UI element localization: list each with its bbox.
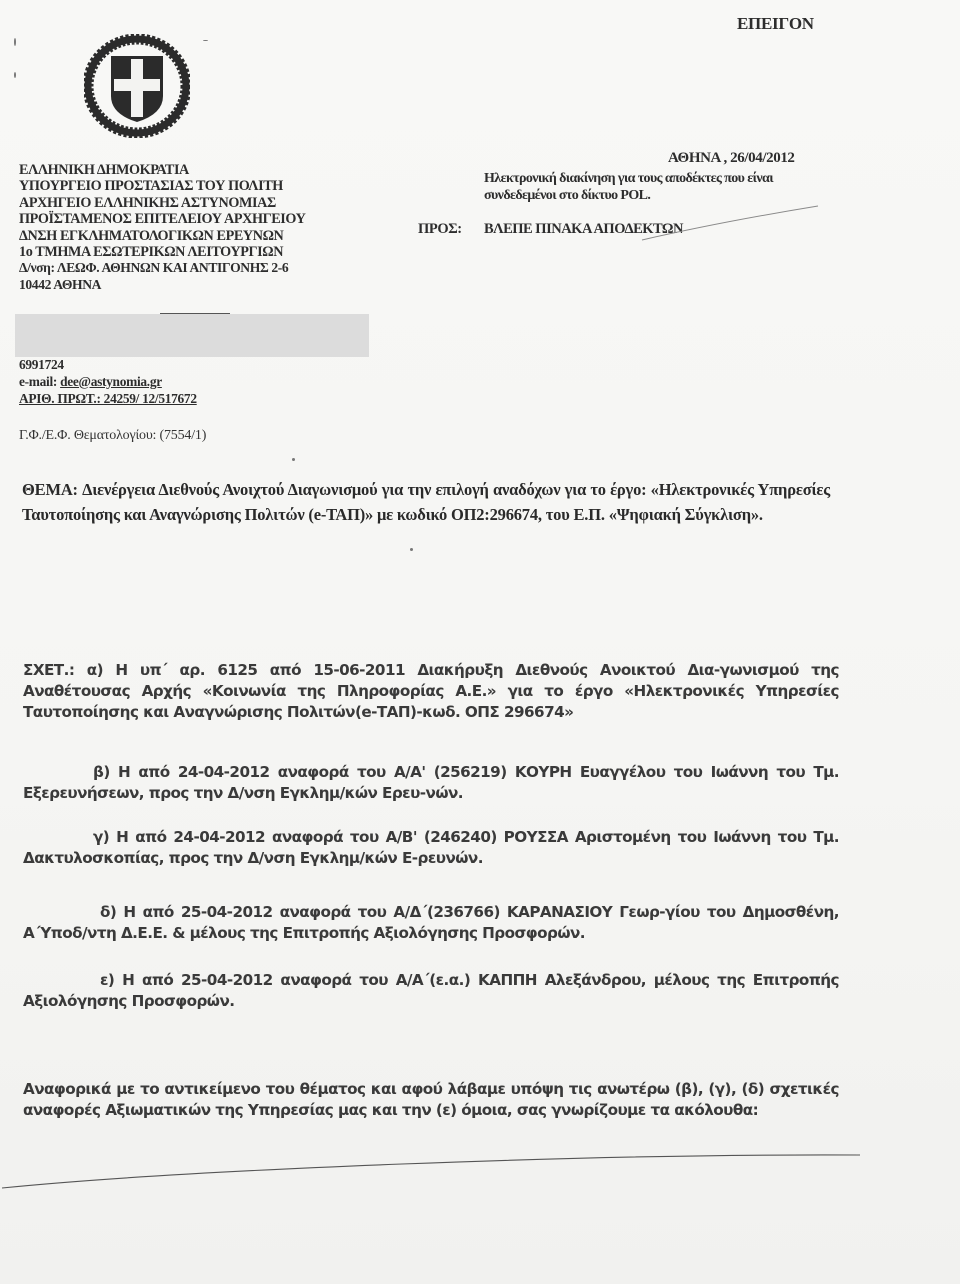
reference-item-d: δ) Η από 25-04-2012 αναφορά του Α/Δ΄(236… [23, 902, 839, 944]
pen-stroke-mark [640, 204, 820, 244]
scan-speck [14, 72, 16, 78]
thematologio-reference: Γ.Φ./Ε.Φ. Θεματολογίου: (7554/1) [19, 428, 206, 444]
email-line: e-mail: dee@astynomia.gr [19, 374, 197, 391]
coat-of-arms-seal-icon [84, 34, 190, 138]
contact-block: 6991724 e-mail: dee@astynomia.gr ΑΡΙΘ. Π… [19, 357, 197, 407]
reference-item-a: ΣΧΕΤ.: α) Η υπ΄ αρ. 6125 από 15-06-2011 … [23, 660, 839, 723]
reference-item-b: β) Η από 24-04-2012 αναφορά του Α/Α' (25… [23, 762, 839, 804]
header-line: ΑΡΧΗΓΕΙΟ ΕΛΛΗΝΙΚΗΣ ΑΣΤΥΝΟΜΙΑΣ [19, 195, 306, 211]
reference-prefix: ε) [100, 971, 114, 989]
protocol-number: ΑΡΙΘ. ΠΡΩΤ.: 24259/ 12/517672 [19, 391, 197, 408]
header-line: ΠΡΟΪΣΤΑΜΕΝΟΣ ΕΠΙΤΕΛΕΙΟΥ ΑΡΧΗΓΕΙΟΥ [19, 211, 306, 227]
address-line: Δ/νση: ΛΕΩΦ. ΑΘΗΝΩΝ ΚΑΙ ΑΝΤΙΓΟΝΗΣ 2-6 [19, 260, 306, 276]
email-label: e-mail: [19, 374, 60, 389]
header-line: 1ο ΤΜΗΜΑ ΕΣΩΤΕΡΙΚΩΝ ΛΕΙΤΟΥΡΓΙΩΝ [19, 244, 306, 260]
header-line: ΥΠΟΥΡΓΕΙΟ ΠΡΟΣΤΑΣΙΑΣ ΤΟΥ ΠΟΛΙΤΗ [19, 178, 306, 194]
reference-text: Η από 24-04-2012 αναφορά του Α/Α' (25621… [23, 763, 839, 802]
reference-text: Η υπ΄ αρ. 6125 από 15-06-2011 Διακήρυξη … [23, 661, 839, 721]
reference-item-e: ε) Η από 25-04-2012 αναφορά του Α/Α΄(ε.α… [23, 970, 839, 1012]
scan-speck [410, 548, 413, 551]
closing-paragraph: Αναφορικά με το αντικείμενο του θέματος … [23, 1079, 839, 1121]
recipient-label: ΠΡΟΣ: [418, 221, 462, 238]
subject-label: ΘΕΜΑ: [22, 480, 78, 499]
phone-fragment: 6991724 [19, 357, 197, 374]
redacted-block [15, 314, 369, 357]
classification-stamp: ΕΠΕΙΓΟΝ [737, 14, 814, 34]
horizontal-rule [2, 1152, 862, 1192]
subject-block: ΘΕΜΑ: Διενέργεια Διεθνούς Ανοιχτού Διαγω… [22, 478, 830, 527]
header-line: ΕΛΛΗΝΙΚΗ ΔΗΜΟΚΡΑΤΙΑ [19, 162, 306, 178]
scan-speck [203, 40, 208, 41]
email-link[interactable]: dee@astynomia.gr [60, 374, 162, 389]
electronic-distribution-note: Ηλεκτρονική διακίνηση για τους αποδέκτες… [484, 170, 824, 204]
reference-prefix: β) [93, 763, 110, 781]
reference-text: Η από 24-04-2012 αναφορά του Α/Β' (24624… [23, 828, 839, 867]
place-date: ΑΘΗΝΑ , 26/04/2012 [668, 150, 795, 167]
issuing-authority-header: ΕΛΛΗΝΙΚΗ ΔΗΜΟΚΡΑΤΙΑ ΥΠΟΥΡΓΕΙΟ ΠΡΟΣΤΑΣΙΑΣ… [19, 162, 306, 293]
reference-prefix: γ) [93, 828, 109, 846]
reference-item-c: γ) Η από 24-04-2012 αναφορά του Α/Β' (24… [23, 827, 839, 869]
reference-text: Η από 25-04-2012 αναφορά του Α/Α΄(ε.α.) … [23, 971, 839, 1010]
scanned-document-page: ΕΠΕΙΓΟΝ ΕΛΛΗΝΙΚΗ ΔΗΜΟΚΡΑΤΙΑ ΥΠΟΥΡΓΕΙΟ ΠΡ… [0, 0, 960, 1284]
header-line: ΔΝΣΗ ΕΓΚΛΗΜΑΤΟΛΟΓΙΚΩΝ ΕΡΕΥΝΩΝ [19, 228, 306, 244]
reference-prefix: δ) [100, 903, 116, 921]
reference-text: Η από 25-04-2012 αναφορά του Α/Δ΄(236766… [23, 903, 839, 942]
postal-line: 10442 ΑΘΗΝΑ [19, 277, 306, 293]
scan-speck [292, 458, 295, 461]
reference-prefix: ΣΧΕΤ.: α) [23, 661, 103, 679]
subject-text: Διενέργεια Διεθνούς Ανοιχτού Διαγωνισμού… [22, 480, 830, 524]
scan-speck [14, 38, 16, 46]
